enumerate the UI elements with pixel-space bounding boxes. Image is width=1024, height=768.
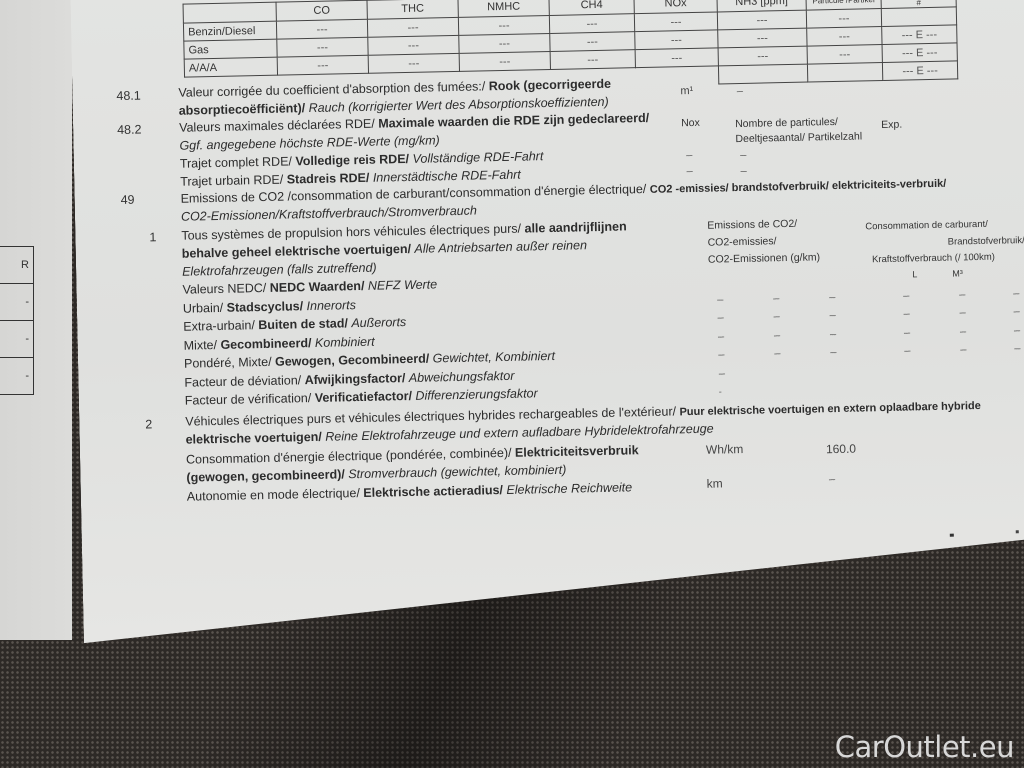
electric-consumption-row: Consommation d'énergie électrique (pondé…	[186, 443, 639, 466]
table-cell: ---	[459, 51, 550, 71]
nedc-row: Pondéré, Mixte/ Gewogen, Gecombineerd/ G…	[184, 349, 555, 371]
table-cell: ---	[717, 10, 806, 30]
column-header: CO	[276, 0, 367, 21]
particles-header: Nombre de particules/	[735, 116, 838, 130]
nedc-value: ---	[773, 330, 779, 340]
nedc-value: ---	[774, 348, 780, 358]
rde-particles-value: ---	[740, 150, 746, 160]
left-table-cell: -	[0, 358, 34, 395]
table-cell: ---	[635, 30, 718, 50]
table-cell: ---	[807, 45, 882, 65]
section-number: 48.2	[117, 123, 142, 138]
nedc-value: ---	[718, 368, 724, 378]
nedc-value: ---	[959, 307, 965, 317]
table-cell: ---	[806, 9, 881, 29]
range-value: ---	[829, 474, 835, 484]
table-cell: ---	[807, 27, 882, 47]
nedc-value: ---	[903, 290, 909, 300]
fuel-unit-m3: M³	[952, 268, 963, 278]
nedc-value: ---	[903, 309, 909, 319]
section-49-line2: CO2-Emissionen/Kraftstoffverbrauch/Strom…	[181, 204, 477, 224]
section-49-1-line2: behalve geheel elektrische voertuigen/ A…	[182, 238, 587, 260]
nedc-value: ---	[903, 327, 909, 337]
rde-nox-value: ---	[686, 150, 692, 160]
electric-consumption-row-2: (gewogen, gecombineerd)/ Stromverbrauch …	[186, 463, 566, 485]
nedc-value: ---	[1013, 325, 1019, 335]
nedc-value: -	[719, 386, 721, 396]
table-cell: --- E ---	[882, 61, 957, 81]
nedc-value: ---	[959, 326, 965, 336]
electric-range-row: Autonomie en mode électrique/ Elektrisch…	[187, 480, 633, 503]
table-cell	[718, 64, 807, 84]
row-label: Benzin/Diesel	[183, 21, 276, 41]
fuel-header: Brandstofverbruik/	[948, 235, 1024, 248]
nedc-row: Urbain/ Stadscyclus/ Innerorts	[183, 298, 356, 316]
nedc-value: ---	[773, 311, 779, 321]
table-cell: --- E ---	[882, 25, 957, 45]
section-49-1-line3: Elektrofahrzeugen (falls zutreffend)	[182, 261, 377, 279]
nedc-value: ---	[1013, 306, 1019, 316]
nedc-value: ---	[718, 349, 724, 359]
left-table-cell: R	[0, 247, 34, 284]
nedc-value: ---	[773, 293, 779, 303]
watermark-logo: CarOutlet.eu	[835, 730, 1014, 764]
table-cell: ---	[459, 33, 550, 53]
nedc-row: Valeurs NEDC/ NEDC Waarden/ NEFZ Werte	[182, 277, 437, 296]
table-cell: ---	[634, 12, 717, 32]
section-number: 49	[120, 193, 134, 207]
nedc-value: ---	[829, 292, 835, 302]
table-cell: ---	[458, 15, 549, 35]
print-mark	[950, 534, 954, 537]
nedc-value: ---	[1013, 288, 1019, 298]
document-page: Prüfverfahren: WHTC (EURO VI) (mg/kWh) C…	[70, 0, 1024, 650]
co2-header: CO2-emissies/	[708, 235, 777, 248]
particles-header: Deeltjesaantal/ Partikelzahl	[735, 130, 862, 145]
nedc-value: ---	[830, 347, 836, 357]
nedc-row: Facteur de déviation/ Afwijkingsfactor/ …	[184, 368, 514, 389]
section-48-2-line2: Ggf. angegebene höchste RDE-Werte (mg/km…	[179, 133, 440, 152]
left-table-cell: -	[0, 284, 34, 321]
consumption-value: 160.0	[826, 442, 856, 457]
rde-particles-value: ---	[740, 166, 746, 176]
table-cell: ---	[550, 32, 635, 52]
table-cell	[881, 7, 956, 27]
table-cell: --- E ---	[882, 43, 957, 63]
rde-nox-value: ---	[686, 166, 692, 176]
nedc-value: ---	[717, 331, 723, 341]
left-table-cell: -	[0, 321, 34, 358]
table-cell	[807, 63, 882, 83]
table-cell: ---	[277, 37, 368, 57]
table-cell: ---	[718, 46, 807, 66]
nedc-value: ---	[904, 345, 910, 355]
table-cell: ---	[368, 53, 459, 73]
row-label: A/A/A	[184, 57, 277, 77]
table-cell: ---	[635, 48, 718, 68]
table-cell: ---	[277, 55, 368, 75]
fuel-unit-litre: L	[912, 269, 917, 279]
nedc-value: ---	[717, 294, 723, 304]
co2-header: CO2-Emissionen (g/km)	[708, 251, 820, 265]
column-header: THC	[367, 0, 458, 19]
range-unit: km	[707, 476, 723, 490]
nedc-row: Extra-urbain/ Buiten de stad/ Außerorts	[183, 315, 406, 334]
table-cell: ---	[276, 19, 367, 39]
table-cell: ---	[550, 50, 635, 70]
section-number: 48.1	[116, 89, 141, 104]
smoke-unit: m¹	[680, 85, 693, 97]
consumption-unit: Wh/km	[706, 442, 744, 457]
nedc-value: ---	[717, 312, 723, 322]
table-cell: ---	[367, 17, 458, 37]
nedc-row: Facteur de vérification/ Verificatiefact…	[185, 386, 538, 407]
fuel-header: Kraftstoffverbrauch (/ 100km)	[872, 252, 995, 266]
subsection-number: 2	[145, 417, 152, 431]
print-mark	[1016, 530, 1019, 533]
nedc-value: ---	[829, 329, 835, 339]
co2-header: Emissions de CO2/	[707, 218, 797, 232]
nedc-value: ---	[960, 344, 966, 354]
left-page-edge: R - - -	[0, 0, 72, 640]
table-cell: ---	[549, 14, 634, 34]
nedc-value: ---	[829, 310, 835, 320]
nedc-value: ---	[959, 289, 965, 299]
table-cell: ---	[718, 28, 807, 48]
row-label: Gas	[184, 39, 277, 59]
table-cell: ---	[368, 35, 459, 55]
left-page-table: R - - -	[0, 246, 34, 395]
nox-header: Nox	[681, 117, 700, 129]
subsection-number: 1	[149, 230, 156, 244]
column-header	[183, 2, 276, 23]
exp-header: Exp.	[881, 119, 902, 131]
nedc-value: ---	[1014, 343, 1020, 353]
nedc-row: Mixte/ Gecombineerd/ Kombiniert	[184, 334, 375, 352]
smoke-value: ---	[736, 86, 742, 96]
fuel-header: Consommation de carburant/	[865, 219, 988, 233]
